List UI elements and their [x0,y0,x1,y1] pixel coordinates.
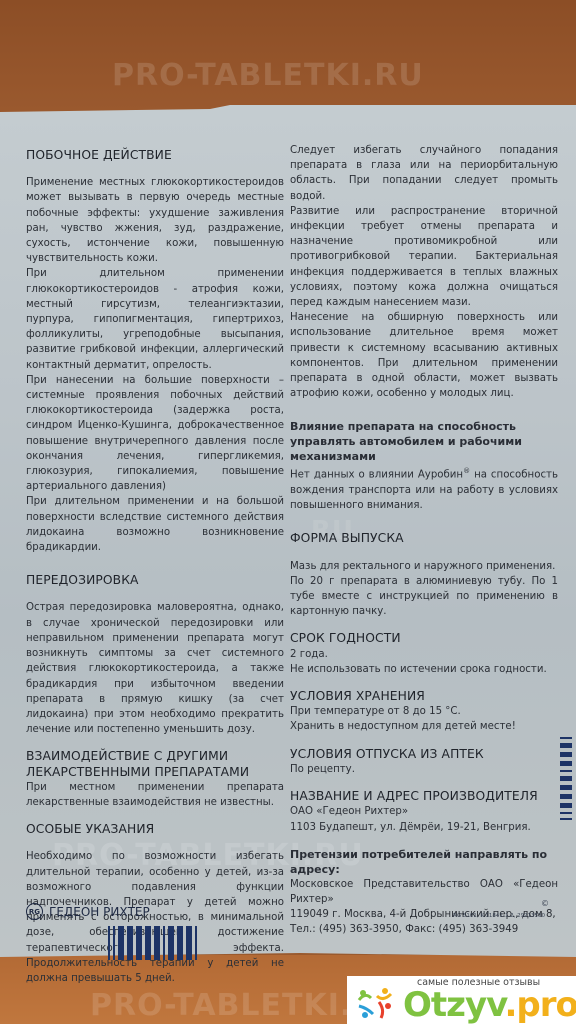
side-effects-paragraph: При длительном применении глюкокортикост… [26,266,284,372]
manufacturer-heading: НАЗВАНИЕ И АДРЕС ПРОИЗВОДИТЕЛЯ [290,789,558,804]
form-line: По 20 г препарата в алюминиевую тубу. По… [290,574,558,620]
shelf-life-heading: СРОК ГОДНОСТИ [290,631,558,646]
dispensing-heading: УСЛОВИЯ ОТПУСКА ИЗ АПТЕК [290,747,558,762]
watermark-top: PRO-TABLETKI.RU [112,58,424,93]
overdose-text: Острая передозировка маловероятна, однак… [26,600,284,737]
pharmacode-barcode-bottom [108,926,197,960]
shelf-life-line: 2 года. [290,647,558,662]
interactions-heading-line2: ЛЕКАРСТВЕННЫМИ ПРЕПАРАТАМИ [26,765,284,780]
driving-heading: Влияние препарата на способность управля… [290,419,558,464]
special-cont-paragraph: Нанесение на обширную поверхность или ис… [290,310,558,401]
right-column: Следует избегать случайного попадания пр… [290,143,558,938]
brand-logo: RG ГЕДЕОН РИХТЕР [26,903,150,920]
gedeon-richter-logo-icon: RG [26,903,43,920]
brand-name: ГЕДЕОН РИХТЕР [49,905,150,919]
pharmacode-barcode-side [560,737,572,820]
special-instructions-heading: ОСОБЫЕ УКАЗАНИЯ [26,822,284,837]
storage-heading: УСЛОВИЯ ХРАНЕНИЯ [290,689,558,704]
ad-name-main: Otzyv [403,985,505,1024]
manufacturer-line: ОАО «Гедеон Рихтер» [290,804,558,819]
people-logo-icon [355,986,395,1020]
manufacturer-line: 1103 Будапешт, ул. Дёмрёи, 19-21, Венгри… [290,820,558,835]
interactions-heading-line1: ВЗАИМОДЕЙСТВИЕ С ДРУГИМИ [26,749,284,764]
dispensing-text: По рецепту. [290,762,558,777]
storage-line: При температуре от 8 до 15 °С. [290,704,558,719]
copyright-mark: © [541,899,549,908]
special-cont-paragraph: Следует избегать случайного попадания пр… [290,143,558,204]
driving-text-before: Нет данных о влиянии Ауробин [290,470,463,481]
overdose-heading: ПЕРЕДОЗИРОВКА [26,573,284,588]
ad-site-name: Otzyv.pro [403,986,576,1024]
form-line: Мазь для ректального и наружного примене… [290,559,558,574]
complaints-line: Московское Представительство ОАО «Гедеон… [290,877,558,907]
driving-text: Нет данных о влиянии Ауробин® на способн… [290,464,558,513]
form-heading: ФОРМА ВЫПУСКА [290,531,558,546]
complaints-line: Тел.: (495) 363-3950, Факс: (495) 363-39… [290,922,558,937]
interactions-text: При местном применении препарата лекарст… [26,780,284,810]
print-code: RG 5101, K-11841-1.2, 29213530 [453,913,545,919]
left-column: ПОБОЧНОЕ ДЕЙСТВИЕ Применение местных глю… [26,148,284,986]
side-effects-paragraph: Применение местных глюкокортикостероидов… [26,175,284,266]
side-effects-paragraph: При нанесении на большие поверхности – с… [26,373,284,495]
ad-name-tld: .pro [505,985,576,1024]
complaints-heading: Претензии потребителей направлять по адр… [290,847,558,877]
shelf-life-line: Не использовать по истечении срока годно… [290,662,558,677]
special-cont-paragraph: Развитие или распространение вторичной и… [290,204,558,310]
storage-line: Хранить в недоступном для детей месте! [290,719,558,734]
otzyv-ad-banner[interactable]: самые полезные отзывы Otzyv.pro [347,976,576,1024]
side-effects-heading: ПОБОЧНОЕ ДЕЙСТВИЕ [26,148,284,163]
side-effects-paragraph: При длительном применении и на большой п… [26,494,284,555]
